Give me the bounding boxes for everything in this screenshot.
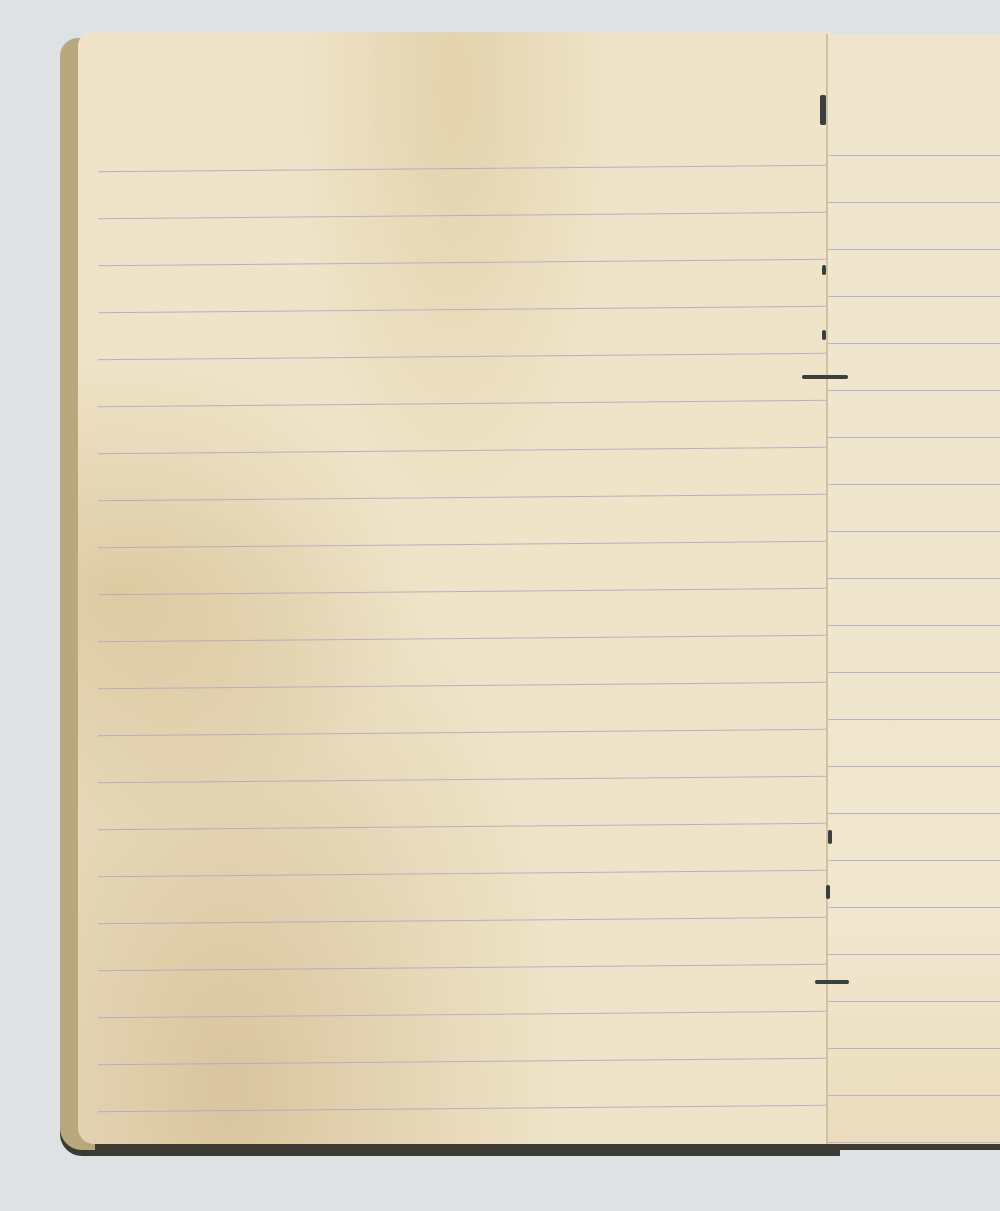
ruled-line xyxy=(98,400,830,407)
ruled-line xyxy=(98,917,830,924)
ruled-line xyxy=(828,390,1000,391)
ruled-line xyxy=(98,1011,830,1018)
ruled-line xyxy=(98,541,830,548)
ruled-line xyxy=(828,1095,1000,1096)
ruled-line xyxy=(98,729,830,736)
staple xyxy=(828,830,832,844)
ruled-line xyxy=(828,813,1000,814)
ruled-line xyxy=(98,353,830,360)
ruled-line xyxy=(98,1058,830,1065)
staple xyxy=(822,330,826,340)
ruled-line xyxy=(828,625,1000,626)
ruled-line xyxy=(828,484,1000,485)
ruled-line xyxy=(828,155,1000,156)
ruled-line xyxy=(828,437,1000,438)
ruled-line xyxy=(828,202,1000,203)
ruled-line xyxy=(98,588,830,595)
right-page xyxy=(826,34,1000,1144)
ruled-line xyxy=(98,165,830,172)
ruled-line xyxy=(828,343,1000,344)
ruled-line xyxy=(98,259,830,266)
ruled-line xyxy=(98,682,830,689)
staple xyxy=(820,95,826,125)
ruled-line xyxy=(98,1105,830,1112)
ruled-line xyxy=(98,776,830,783)
ruled-line xyxy=(98,635,830,642)
staple xyxy=(822,265,826,275)
ruled-line xyxy=(828,1001,1000,1002)
ruled-line xyxy=(98,212,830,219)
staple xyxy=(815,980,849,984)
ruled-line xyxy=(828,672,1000,673)
ruled-line xyxy=(828,766,1000,767)
ruled-line xyxy=(828,1048,1000,1049)
ruled-line xyxy=(98,870,830,877)
ruled-line xyxy=(828,531,1000,532)
ruled-line xyxy=(98,823,830,830)
staple xyxy=(826,885,830,899)
ruled-line xyxy=(98,306,830,313)
ruled-line xyxy=(98,494,830,501)
ruled-line xyxy=(828,578,1000,579)
ruled-line xyxy=(828,1142,1000,1143)
ruled-line xyxy=(98,964,830,971)
ruled-line xyxy=(828,296,1000,297)
left-page xyxy=(78,32,830,1144)
staple xyxy=(802,375,848,379)
ruled-line xyxy=(828,907,1000,908)
ruled-line xyxy=(828,860,1000,861)
ruled-line xyxy=(828,719,1000,720)
ruled-line xyxy=(828,954,1000,955)
ruled-line xyxy=(98,447,830,454)
ruled-line xyxy=(828,249,1000,250)
